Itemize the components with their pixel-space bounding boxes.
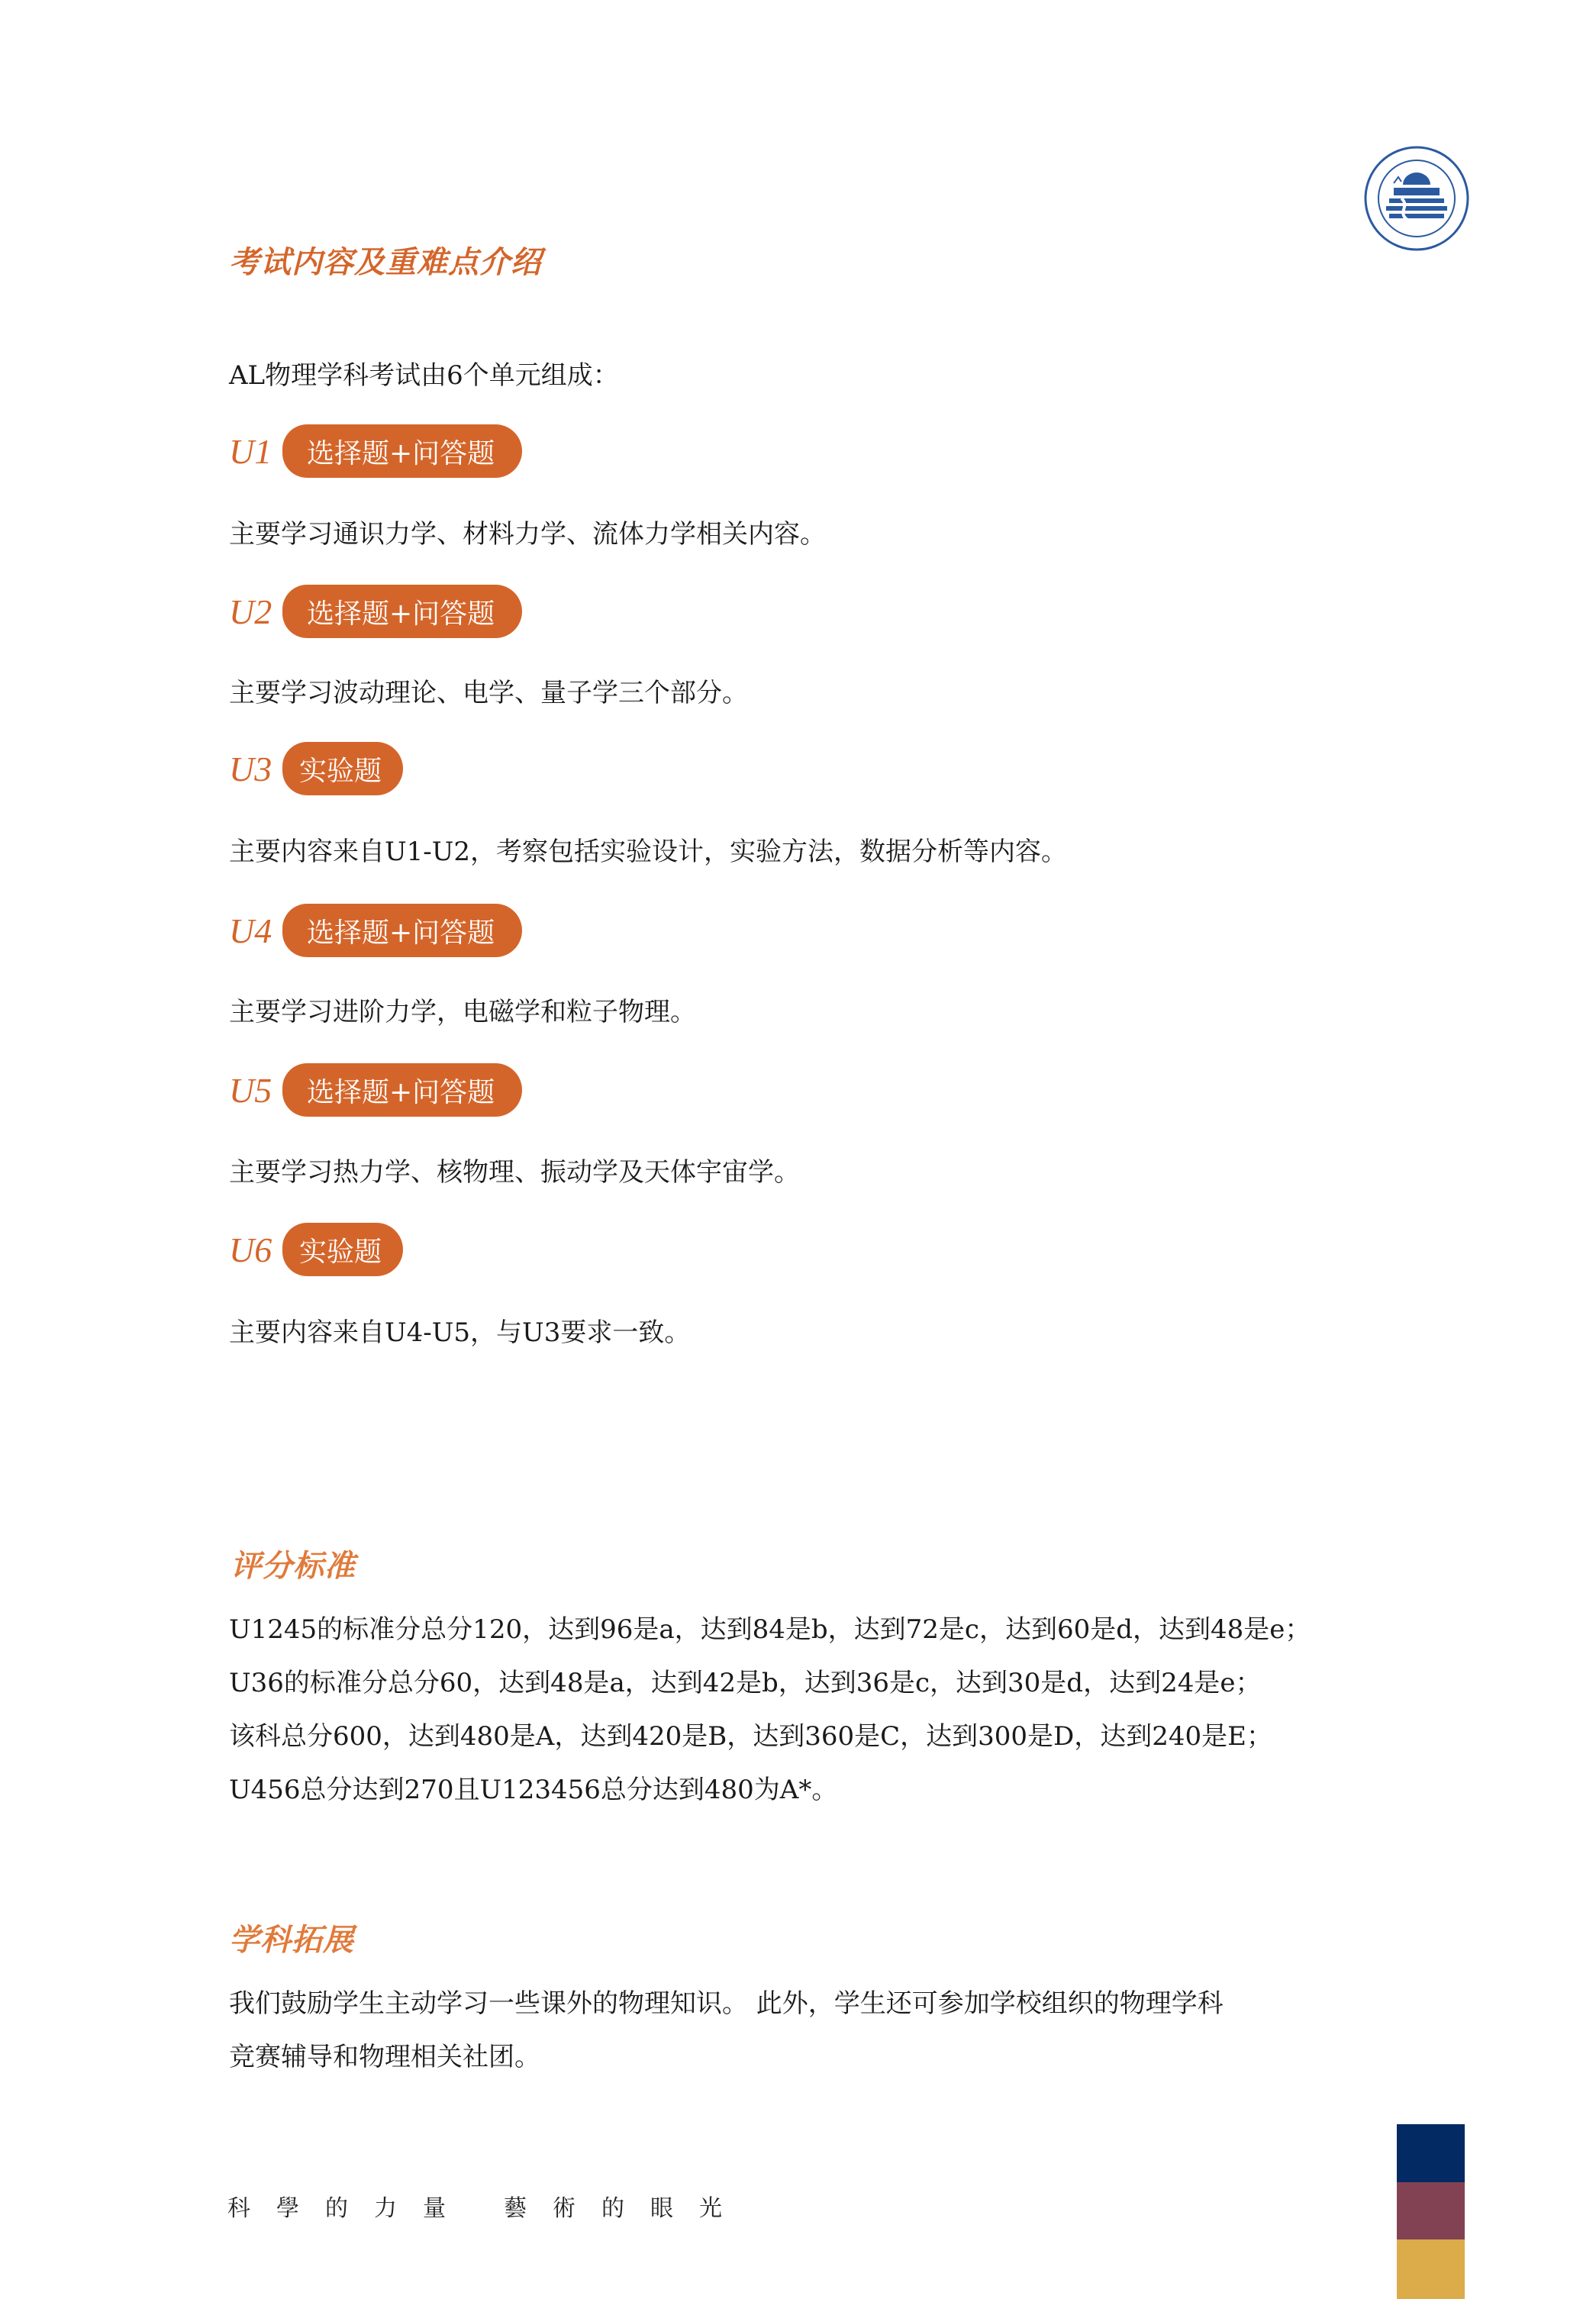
question-type-badge: 选择题+问答题 — [282, 1063, 522, 1117]
unit-description-u1: 主要学习通识力学、材料力学、流体力学相关内容。 — [229, 519, 826, 550]
extension-line: 我们鼓励学生主动学习一些课外的物理知识。 此外，学生还可参加学校组织的物理学科 — [229, 1977, 1224, 2030]
extension-text: 我们鼓励学生主动学习一些课外的物理知识。 此外，学生还可参加学校组织的物理学科 … — [229, 1977, 1224, 2084]
grading-criteria: U1245的标准分总分120，达到96是a，达到84是b，达到72是c，达到60… — [229, 1603, 1311, 1817]
unit-header-u4: U4 选择题+问答题 — [229, 904, 522, 957]
unit-header-u1: U1 选择题+问答题 — [229, 424, 522, 478]
question-type-badge: 实验题 — [282, 742, 403, 795]
question-type-badge: 选择题+问答题 — [282, 424, 522, 478]
unit-label: U5 — [229, 1070, 282, 1111]
question-type-badge: 实验题 — [282, 1223, 403, 1276]
unit-header-u6: U6 实验题 — [229, 1223, 403, 1276]
unit-label: U3 — [229, 749, 282, 789]
motto-left: 科學的力量 — [227, 2195, 472, 2222]
unit-description-u3: 主要内容来自U1-U2，考察包括实验设计，实验方法，数据分析等内容。 — [229, 837, 1067, 867]
color-block-gold — [1397, 2239, 1465, 2299]
grading-line: U456总分达到270且U123456总分达到480为A*。 — [229, 1763, 1311, 1817]
unit-label: U1 — [229, 431, 282, 472]
extension-section-title: 学科拓展 — [229, 1916, 354, 1959]
exam-intro: AL物理学科考试由6个单元组成： — [229, 360, 619, 391]
unit-label: U4 — [229, 911, 282, 951]
grading-line: 该科总分600，达到480是A，达到420是B，达到360是C，达到300是D，… — [229, 1710, 1311, 1763]
unit-label: U6 — [229, 1230, 282, 1270]
grading-section-title: 评分标准 — [231, 1542, 356, 1585]
grading-line: U1245的标准分总分120，达到96是a，达到84是b，达到72是c，达到60… — [229, 1603, 1311, 1656]
unit-label: U2 — [229, 592, 282, 632]
color-block-plum — [1397, 2182, 1465, 2239]
question-type-badge: 选择题+问答题 — [282, 585, 522, 638]
grading-line: U36的标准分总分60，达到48是a，达到42是b，达到36是c，达到30是d，… — [229, 1656, 1311, 1710]
academy-emblem-icon — [1363, 145, 1470, 252]
footer-motto: 科學的力量藝術的眼光 — [227, 2189, 748, 2223]
question-type-badge: 选择题+问答题 — [282, 904, 522, 957]
unit-description-u6: 主要内容来自U4-U5，与U3要求一致。 — [229, 1317, 690, 1348]
unit-header-u3: U3 实验题 — [229, 742, 403, 795]
unit-description-u2: 主要学习波动理论、电学、量子学三个部分。 — [229, 678, 748, 708]
unit-description-u5: 主要学习热力学、核物理、振动学及天体宇宙学。 — [229, 1157, 800, 1188]
exam-section-title: 考试内容及重难点介绍 — [229, 238, 542, 282]
unit-description-u4: 主要学习进阶力学，电磁学和粒子物理。 — [229, 997, 696, 1027]
unit-header-u2: U2 选择题+问答题 — [229, 585, 522, 638]
extension-line: 竞赛辅导和物理相关社团。 — [229, 2030, 1224, 2084]
color-block-navy — [1397, 2124, 1465, 2182]
unit-header-u5: U5 选择题+问答题 — [229, 1063, 522, 1117]
academy-logo: 群贤世青研究院 QUN XIAN WORLD YOUTH ACADEMY — [1363, 145, 1470, 252]
motto-right: 藝術的眼光 — [504, 2195, 748, 2222]
